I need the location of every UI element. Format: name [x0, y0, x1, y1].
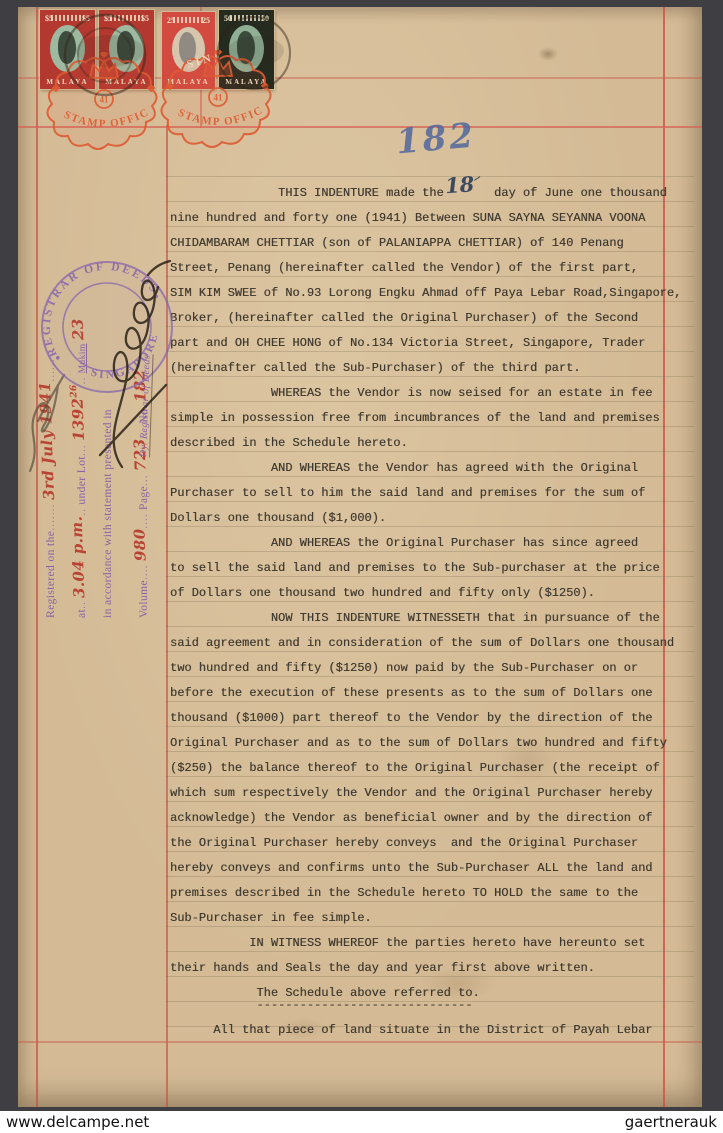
deed-paper: $5 $5 MALAYA $5 $5 MALAYA 25 25 MALAYA: [18, 7, 702, 1107]
typed-line: Broker, (hereinafter called the Original…: [170, 306, 681, 331]
handwritten-day: 18: [444, 171, 482, 198]
typed-line: of Dollars one thousand two hundred and …: [170, 581, 681, 606]
superscript-tick: [474, 176, 480, 181]
typed-line: ($250) the balance thereof to the Origin…: [170, 756, 681, 781]
black-cancel-postmark: [204, 9, 300, 105]
typed-line: hereby conveys and confirms unto the Sub…: [170, 856, 681, 881]
scanned-deed-photo: $5 $5 MALAYA $5 $5 MALAYA 25 25 MALAYA: [0, 0, 723, 1133]
paper-stain: [538, 47, 558, 61]
typed-line: WHEREAS the Vendor is now seised for an …: [170, 381, 681, 406]
typed-line: NOW THIS INDENTURE WITNESSETH that in pu…: [170, 606, 681, 631]
typed-line: which sum respectively the Vendor and th…: [170, 781, 681, 806]
typed-line: ------------------------------: [170, 993, 681, 1018]
typed-line: Purchaser to sell to him the said land a…: [170, 481, 681, 506]
stamp-value-label: 25: [167, 16, 175, 25]
typed-line: Sub-Purchaser in fee simple.: [170, 906, 681, 931]
typed-line: THIS INDENTURE made the day of June one …: [170, 181, 681, 206]
stamp-top-ornament: [173, 17, 204, 23]
typed-line: IN WITNESS WHEREOF the parties hereto ha…: [170, 931, 681, 956]
black-cancel-postmark: [50, 7, 160, 111]
typed-line: described in the Schedule hereto.: [170, 431, 681, 456]
typed-line: before the execution of these presents a…: [170, 681, 681, 706]
typed-line: (hereinafter called the Sub-Purchaser) o…: [170, 356, 681, 381]
typed-line: SIM KIM SWEE of No.93 Lorong Engku Ahmad…: [170, 281, 681, 306]
watermark-left: www.delcampe.net: [6, 1113, 149, 1131]
typed-line: said agreement and in consideration of t…: [170, 631, 681, 656]
ledger-left-margin-line: [36, 7, 38, 1107]
typed-line: Original Purchaser and as to the sum of …: [170, 731, 681, 756]
typed-line: AND WHEREAS the Vendor has agreed with t…: [170, 456, 681, 481]
typed-line: Street, Penang (hereinafter called the V…: [170, 256, 681, 281]
typed-line: part and OH CHEE HONG of No.134 Victoria…: [170, 331, 681, 356]
typed-line: nine hundred and forty one (1941) Betwee…: [170, 206, 681, 231]
typed-line: All that piece of land situate in the Di…: [170, 1018, 681, 1043]
registration-time-handwritten: 3.04 p.m.: [68, 515, 89, 598]
typed-line: to sell the said land and premises to th…: [170, 556, 681, 581]
typed-line: the Original Purchaser hereby conveys an…: [170, 831, 681, 856]
typed-line: acknowledge) the Vendor as beneficial ow…: [170, 806, 681, 831]
typed-line: two hundred and fifty ($1250) now paid b…: [170, 656, 681, 681]
typed-line: premises described in the Schedule heret…: [170, 881, 681, 906]
watermark-bar: www.delcampe.net gaertnerauk: [0, 1111, 723, 1133]
registrar-signature: [88, 247, 178, 482]
typed-line: thousand ($1000) part thereof to the Ven…: [170, 706, 681, 731]
document-body: THIS INDENTURE made the day of June one …: [170, 181, 681, 1043]
typed-line: their hands and Seals the day and year f…: [170, 956, 681, 981]
folio-number-handwritten: 182: [394, 116, 477, 163]
typed-line: CHIDAMBARAM CHETTIAR (son of PALANIAPPA …: [170, 231, 681, 256]
typed-line: AND WHEREAS the Original Purchaser has s…: [170, 531, 681, 556]
watermark-right: gaertnerauk: [625, 1113, 717, 1131]
typed-line: Dollars one thousand ($1,000).: [170, 506, 681, 531]
typed-line: simple in possession free from incumbran…: [170, 406, 681, 431]
volume-number-handwritten: 980: [130, 528, 149, 561]
